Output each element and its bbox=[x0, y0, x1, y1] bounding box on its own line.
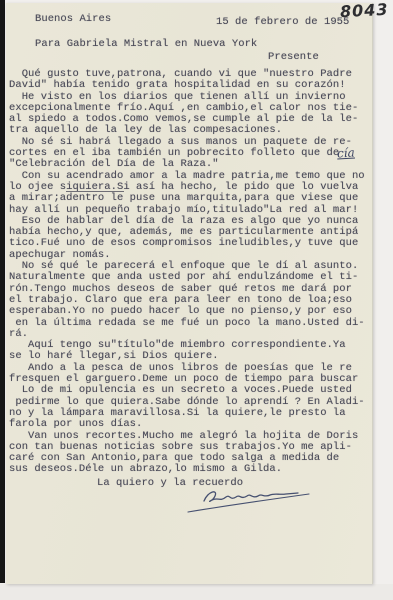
scanned-letter-page: { "annotation": { "archive_number": "804… bbox=[0, 0, 393, 600]
body-line: esperaban.Yo no puedo hacer lo que no pi… bbox=[9, 306, 365, 317]
body-line: David" había tenido grata hospitalidad e… bbox=[9, 80, 365, 91]
scan-left-edge bbox=[0, 0, 5, 583]
letter-recipient-line: Para Gabriela Mistral en Nueva York bbox=[35, 38, 257, 50]
body-line: "Celebración del Día de la Raza." bbox=[9, 159, 365, 170]
signature-scrawl bbox=[182, 485, 322, 519]
letter-presente-label: Presente bbox=[268, 51, 319, 63]
body-line: farola por unos días. bbox=[9, 419, 365, 430]
body-line: en la última redada se me fué un poco la… bbox=[9, 318, 365, 329]
letter-body: Qué gusto tuve,patrona, cuando vi que "n… bbox=[9, 69, 365, 476]
letter-date: 15 de febrero de 1955 bbox=[216, 16, 349, 28]
handwritten-correction: cía bbox=[337, 146, 355, 161]
body-line: Naturalmente que anda usted por ahí endu… bbox=[9, 272, 365, 283]
underline-acendrado-decoration bbox=[66, 191, 124, 192]
body-line: Lo de mi opulencia es un secreto a voces… bbox=[9, 385, 365, 396]
body-line: a mirar;adentro le puse una marquita,par… bbox=[9, 193, 365, 204]
scanner-background bbox=[0, 584, 393, 600]
letter-city: Buenos Aires bbox=[35, 13, 111, 25]
body-line: sus deseos.Déle un abrazo,lo mismo a Gil… bbox=[9, 464, 365, 475]
